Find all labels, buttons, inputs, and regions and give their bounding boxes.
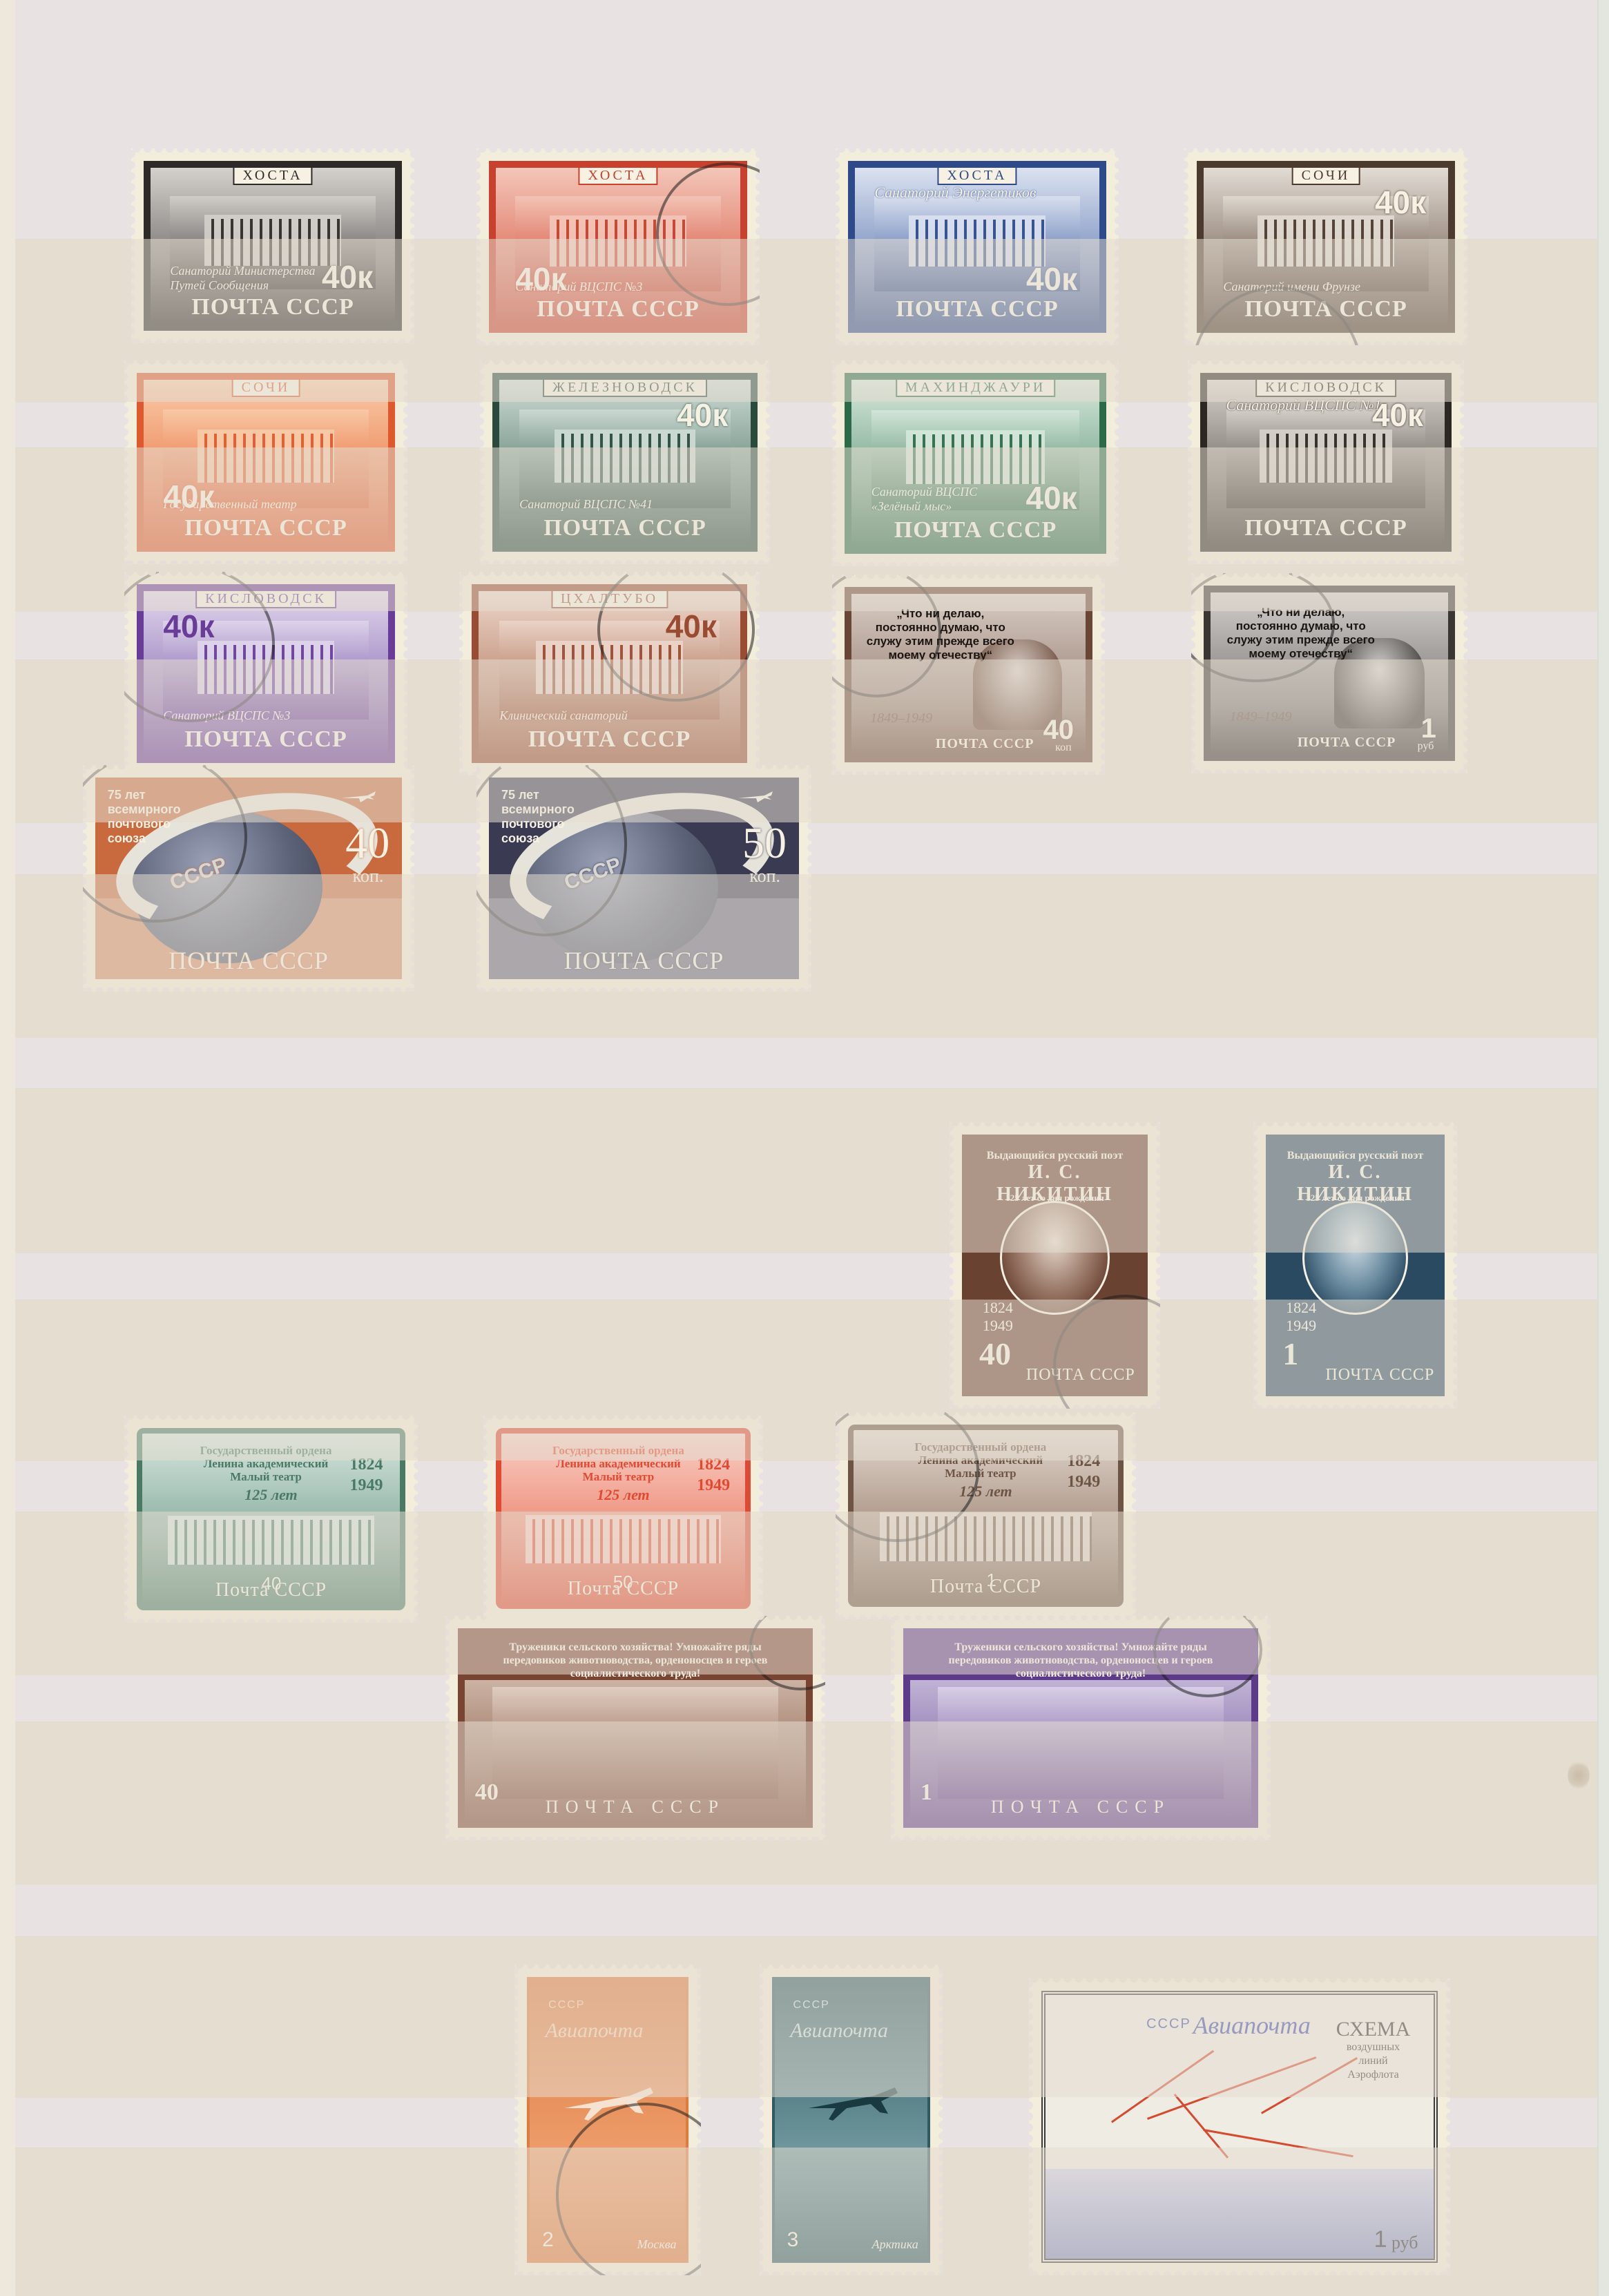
theatre-header: Государственный ордена Ленина академичес… <box>901 1440 1060 1480</box>
sanatorium-building <box>555 430 695 483</box>
stamp-caption: Санаторий ВЦСПС №3 <box>163 708 315 723</box>
country-text: СССР <box>793 1999 830 2012</box>
sanatorium-building <box>906 430 1045 485</box>
stamp-upu[interactable]: СССР75 лет всемирного почтового союза40к… <box>83 765 414 992</box>
postage-text: Почта СССР <box>501 1578 745 1600</box>
anniversary-text: 125 лет <box>142 1488 400 1501</box>
air-route-line <box>1204 2129 1353 2157</box>
stamp-design: ЦХАЛТУБОКлинический санаторий40кПОЧТА СС… <box>472 584 747 763</box>
sanatorium-building <box>1260 430 1393 483</box>
postage-text: Почта СССР <box>142 1579 400 1601</box>
theatre-building <box>168 1516 374 1564</box>
postage-text: ПОЧТА СССР <box>1322 1366 1438 1385</box>
denomination-unit: коп. <box>353 866 384 887</box>
stamp-denomination: 40к <box>1375 184 1426 221</box>
stamp-location-label: ХОСТА <box>233 166 312 185</box>
stamp-nikitin[interactable]: Выдающийся русский поэтИ. С. НИКИТИН125 … <box>950 1122 1160 1409</box>
stamp-airmail[interactable]: СССРАвиапочта3Арктика <box>760 1965 943 2275</box>
stamp-resorts[interactable]: СОЧИГосударственный театр40кПОЧТА СССР <box>124 360 407 564</box>
stamp-upu[interactable]: СССР75 лет всемирного почтового союза50к… <box>476 765 811 992</box>
stamp-agriculture[interactable]: Труженики сельского хозяйства! Умножайте… <box>445 1616 825 1840</box>
airplane-icon <box>737 790 774 804</box>
stamp-design: ЖЕЛЕЗНОВОДСКСанаторий ВЦСПС №4140кПОЧТА … <box>492 373 758 552</box>
stamp-maly-theatre[interactable]: Государственный ордена Ленина академичес… <box>836 1412 1136 1619</box>
stamp-design: СССРАвиапочтаСХЕМАвоздушныхлинийАэрофлот… <box>1041 1991 1438 2263</box>
stamp-denomination: 1 <box>1374 2226 1387 2253</box>
postage-text: ПОЧТА СССР <box>851 517 1099 543</box>
stamp-location-label: КИСЛОВОДСК <box>195 590 336 608</box>
stamp-location-label: ХОСТА <box>937 166 1017 185</box>
pavlov-quote: „Что ни делаю, постоянно думаю, что служ… <box>1225 606 1377 661</box>
stamp-caption: Клинический санаторий <box>499 708 662 723</box>
theatre-header: Государственный ордена Ленина академичес… <box>546 1444 692 1483</box>
postage-text: ПОЧТА СССР <box>144 515 388 541</box>
stamp-design: СССР75 лет всемирного почтового союза40к… <box>95 778 402 979</box>
stamp-design: Труженики сельского хозяйства! Умножайте… <box>903 1628 1258 1828</box>
schema-line: воздушных <box>1336 2041 1411 2054</box>
postage-text: ПОЧТА СССР <box>489 946 799 975</box>
schema-line: СХЕМА <box>1336 2018 1411 2041</box>
stamp-denomination: 40к <box>163 478 214 515</box>
postage-text: ПОЧТА СССР <box>479 726 740 753</box>
sanatorium-building <box>197 430 334 483</box>
sanatorium-building <box>909 215 1046 267</box>
sanatorium-building <box>197 641 334 695</box>
stamp-denomination: 50 <box>742 818 787 869</box>
stamp-design: ХОСТАСанаторий Энергетиков40кПОЧТА СССР <box>848 161 1106 333</box>
stamp-caption: Санаторий имени Фрунзе <box>1223 280 1375 294</box>
postage-text: ПОЧТА СССР <box>1204 296 1448 322</box>
schema-line: линий <box>1336 2054 1411 2068</box>
slogan-text: Труженики сельского хозяйства! Умножайте… <box>924 1641 1238 1680</box>
theatre-building <box>526 1515 720 1563</box>
denomination-unit: руб <box>1391 2232 1418 2253</box>
slogan-text: Труженики сельского хозяйства! Умножайте… <box>479 1641 793 1680</box>
stamp-caption: Санаторий ВЦСПС «Зелёный мыс» <box>871 485 1025 514</box>
stamp-caption: Санаторий ВЦСПС №41 <box>519 497 675 512</box>
stamp-denomination: 40к <box>1026 260 1077 298</box>
pavlov-quote: „Что ни делаю, постоянно думаю, что служ… <box>865 607 1015 662</box>
stamp-resorts[interactable]: ЦХАЛТУБОКлинический санаторий40кПОЧТА СС… <box>459 572 760 775</box>
postage-text: ПОЧТА СССР <box>496 296 740 322</box>
postage-text: ПОЧТА СССР <box>465 1797 806 1817</box>
postage-text: ПОЧТА СССР <box>851 736 1034 752</box>
airmail-title: Авиапочта <box>1193 2011 1311 2040</box>
denomination-unit: коп. <box>749 866 780 887</box>
stamp-design: СОЧИСанаторий имени Фрунзе40кПОЧТА СССР <box>1197 161 1455 333</box>
poet-portrait <box>1302 1201 1408 1315</box>
postage-text: Почта СССР <box>854 1576 1118 1598</box>
stamp-denomination: 40к <box>322 258 373 296</box>
place-text: Арктика <box>872 2237 918 2252</box>
stamp-maly-theatre[interactable]: Государственный ордена Ленина академичес… <box>124 1416 418 1623</box>
stamp-denomination: 40к <box>163 608 214 645</box>
farm-scene <box>938 1687 1224 1798</box>
denomination-unit: коп <box>1055 742 1072 754</box>
upu-anniversary-text: 75 лет всемирного почтового союза <box>108 788 200 846</box>
stamp-design: Государственный ордена Ленина академичес… <box>137 1428 405 1610</box>
airmail-title: Авиапочта <box>790 2019 888 2043</box>
postage-text: ПОЧТА СССР <box>855 296 1099 322</box>
postage-text: ПОЧТА СССР <box>499 515 751 541</box>
anniversary-arc: 125 лет со дня рождения <box>969 1191 1141 1204</box>
stamp-location-label: КИСЛОВОДСК <box>1255 378 1396 397</box>
stamp-design: Государственный ордена Ленина академичес… <box>848 1425 1124 1607</box>
stamp-resorts[interactable]: ХОСТАСанаторий Энергетиков40кПОЧТА СССР <box>836 148 1119 345</box>
stamp-denomination: 40к <box>1372 396 1423 434</box>
stamp-design: Выдающийся русский поэтИ. С. НИКИТИН125 … <box>962 1135 1148 1396</box>
poet-header: Выдающийся русский поэт <box>1273 1149 1438 1162</box>
stamp-maly-theatre[interactable]: Государственный ордена Ленина академичес… <box>483 1416 763 1621</box>
postage-text: ПОЧТА СССР <box>1021 1366 1141 1385</box>
stamp-pavlov[interactable]: „Что ни делаю, постоянно думаю, что служ… <box>832 575 1105 775</box>
stamp-design: СССРАвиапочта3Арктика <box>772 1977 930 2263</box>
anniversary-text: 125 лет <box>854 1485 1118 1498</box>
stamp-caption: Санаторий Министерства Путей Сообщения <box>170 264 322 293</box>
stamp-resorts[interactable]: МАХИНДЖАУРИСанаторий ВЦСПС «Зелёный мыс»… <box>832 360 1119 566</box>
stamp-resorts[interactable]: СОЧИСанаторий имени Фрунзе40кПОЧТА СССР <box>1184 148 1467 345</box>
postage-text: ПОЧТА СССР <box>144 726 388 753</box>
stamp-location-label: МАХИНДЖАУРИ <box>896 378 1056 397</box>
stamp-caption: Санаторий ВЦСПС №1 <box>1226 396 1382 414</box>
stamp-denomination: 40к <box>515 260 566 298</box>
stamp-nikitin[interactable]: Выдающийся русский поэтИ. С. НИКИТИН125 … <box>1253 1122 1457 1409</box>
stamp-design: КИСЛОВОДСКСанаторий ВЦСПС №140кПОЧТА ССС… <box>1200 373 1452 552</box>
sanatorium-building <box>1258 215 1394 267</box>
poet-header: Выдающийся русский поэт <box>969 1149 1141 1162</box>
years-text: 1849–1949 <box>870 711 932 726</box>
stamp-resorts[interactable]: ХОСТАСанаторий ВЦСПС №340кПОЧТА СССР <box>476 148 760 345</box>
stamp-design: „Что ни делаю, постоянно думаю, что служ… <box>1204 586 1455 761</box>
stamp-design: КИСЛОВОДСКСанаторий ВЦСПС №340кПОЧТА ССС… <box>137 584 395 763</box>
place-text: Москва <box>637 2237 677 2252</box>
stamp-location-label: СОЧИ <box>232 378 300 397</box>
stamp-location-label: ХОСТА <box>578 166 657 185</box>
stamp-design: Государственный ордена Ленина академичес… <box>496 1428 751 1609</box>
airmail-title: Авиапочта <box>546 2019 644 2043</box>
airplane-icon <box>340 790 377 804</box>
stamp-design: СССРАвиапочта2Москва <box>527 1977 688 2263</box>
stamp-denomination: 40 <box>979 1335 1011 1372</box>
years-text: 1824 1949 <box>1286 1299 1319 1335</box>
air-route-line <box>1174 2094 1229 2159</box>
sanatorium-building <box>536 641 682 695</box>
schema-text: СХЕМАвоздушныхлинийАэрофлота <box>1336 2018 1411 2082</box>
anniversary-arc: 125 лет со дня рождения <box>1273 1191 1438 1204</box>
denomination-unit: руб <box>1418 740 1434 753</box>
stamp-resorts[interactable]: ЖЕЛЕЗНОВОДСКСанаторий ВЦСПС №4140кПОЧТА … <box>480 360 770 564</box>
postage-text: ПОЧТА СССР <box>910 1797 1251 1817</box>
sanatorium-building <box>550 215 686 267</box>
stamp-location-label: ЖЕЛЕЗНОВОДСК <box>543 378 707 397</box>
postage-text: ПОЧТА СССР <box>1211 735 1396 751</box>
stamp-design: СОЧИГосударственный театр40кПОЧТА СССР <box>137 373 395 552</box>
poet-portrait <box>1000 1201 1110 1315</box>
stamp-location-label: ЦХАЛТУБО <box>551 590 668 608</box>
stamp-design: „Что ни делаю, постоянно думаю, что служ… <box>845 587 1092 762</box>
anniversary-text: 125 лет <box>501 1488 745 1501</box>
album-right-edge <box>1597 0 1609 2296</box>
stamp-denomination: 40 <box>345 818 389 869</box>
postage-text: ПОЧТА СССР <box>95 946 402 975</box>
stamp-denomination: 40к <box>1026 479 1077 517</box>
farm-scene <box>492 1687 779 1798</box>
paper-stain <box>1568 1761 1590 1790</box>
stamp-denomination: 2 <box>542 2228 554 2252</box>
airplane-icon <box>805 2081 902 2122</box>
stamp-airmail[interactable]: СССРАвиапочтаСХЕМАвоздушныхлинийАэрофлот… <box>1029 1978 1450 2275</box>
postage-text: ПОЧТА СССР <box>151 294 395 320</box>
years-text: 1849–1949 <box>1230 709 1292 725</box>
stamp-agriculture[interactable]: Труженики сельского хозяйства! Умножайте… <box>891 1616 1271 1840</box>
country-text: СССР <box>548 1999 585 2012</box>
country-text: СССР <box>1146 2016 1191 2032</box>
stamp-denomination: 1 <box>1282 1335 1298 1372</box>
stamp-design: Выдающийся русский поэтИ. С. НИКИТИН125 … <box>1266 1135 1445 1396</box>
upu-anniversary-text: 75 лет всемирного почтового союза <box>501 788 595 846</box>
stamp-resorts[interactable]: КИСЛОВОДСКСанаторий ВЦСПС №340кПОЧТА ССС… <box>124 572 407 775</box>
stamp-denomination: 3 <box>787 2228 799 2252</box>
stamp-design: СССР75 лет всемирного почтового союза50к… <box>489 778 799 979</box>
stamp-caption: Санаторий Энергетиков <box>874 184 1036 202</box>
theatre-building <box>880 1512 1091 1561</box>
sanatorium-building <box>204 215 341 266</box>
postage-text: ПОЧТА СССР <box>1207 515 1445 541</box>
theatre-header: Государственный ордена Ленина академичес… <box>189 1444 343 1483</box>
airplane-icon <box>561 2081 657 2122</box>
years-text: 1824 1949 <box>983 1299 1017 1335</box>
stamp-design: МАХИНДЖАУРИСанаторий ВЦСПС «Зелёный мыс»… <box>845 373 1106 554</box>
stamp-resorts[interactable]: ХОСТАСанаторий Министерства Путей Сообще… <box>131 148 414 343</box>
stamp-resorts[interactable]: КИСЛОВОДСКСанаторий ВЦСПС №140кПОЧТА ССС… <box>1188 360 1464 564</box>
stamp-airmail[interactable]: СССРАвиапочта2Москва <box>514 1965 701 2275</box>
stamp-denomination: 40к <box>677 396 728 434</box>
air-route-line <box>1147 2056 1316 2120</box>
album-left-margin <box>0 0 16 2296</box>
stamp-design: ХОСТАСанаторий Министерства Путей Сообще… <box>144 161 402 331</box>
stamp-design: Труженики сельского хозяйства! Умножайте… <box>458 1628 813 1828</box>
stamp-pavlov[interactable]: „Что ни делаю, постоянно думаю, что служ… <box>1191 573 1467 773</box>
stamp-denomination: 40к <box>666 608 717 645</box>
schema-line: Аэрофлота <box>1336 2068 1411 2082</box>
stamp-design: ХОСТАСанаторий ВЦСПС №340кПОЧТА СССР <box>489 161 747 333</box>
stamp-location-label: СОЧИ <box>1292 166 1360 185</box>
